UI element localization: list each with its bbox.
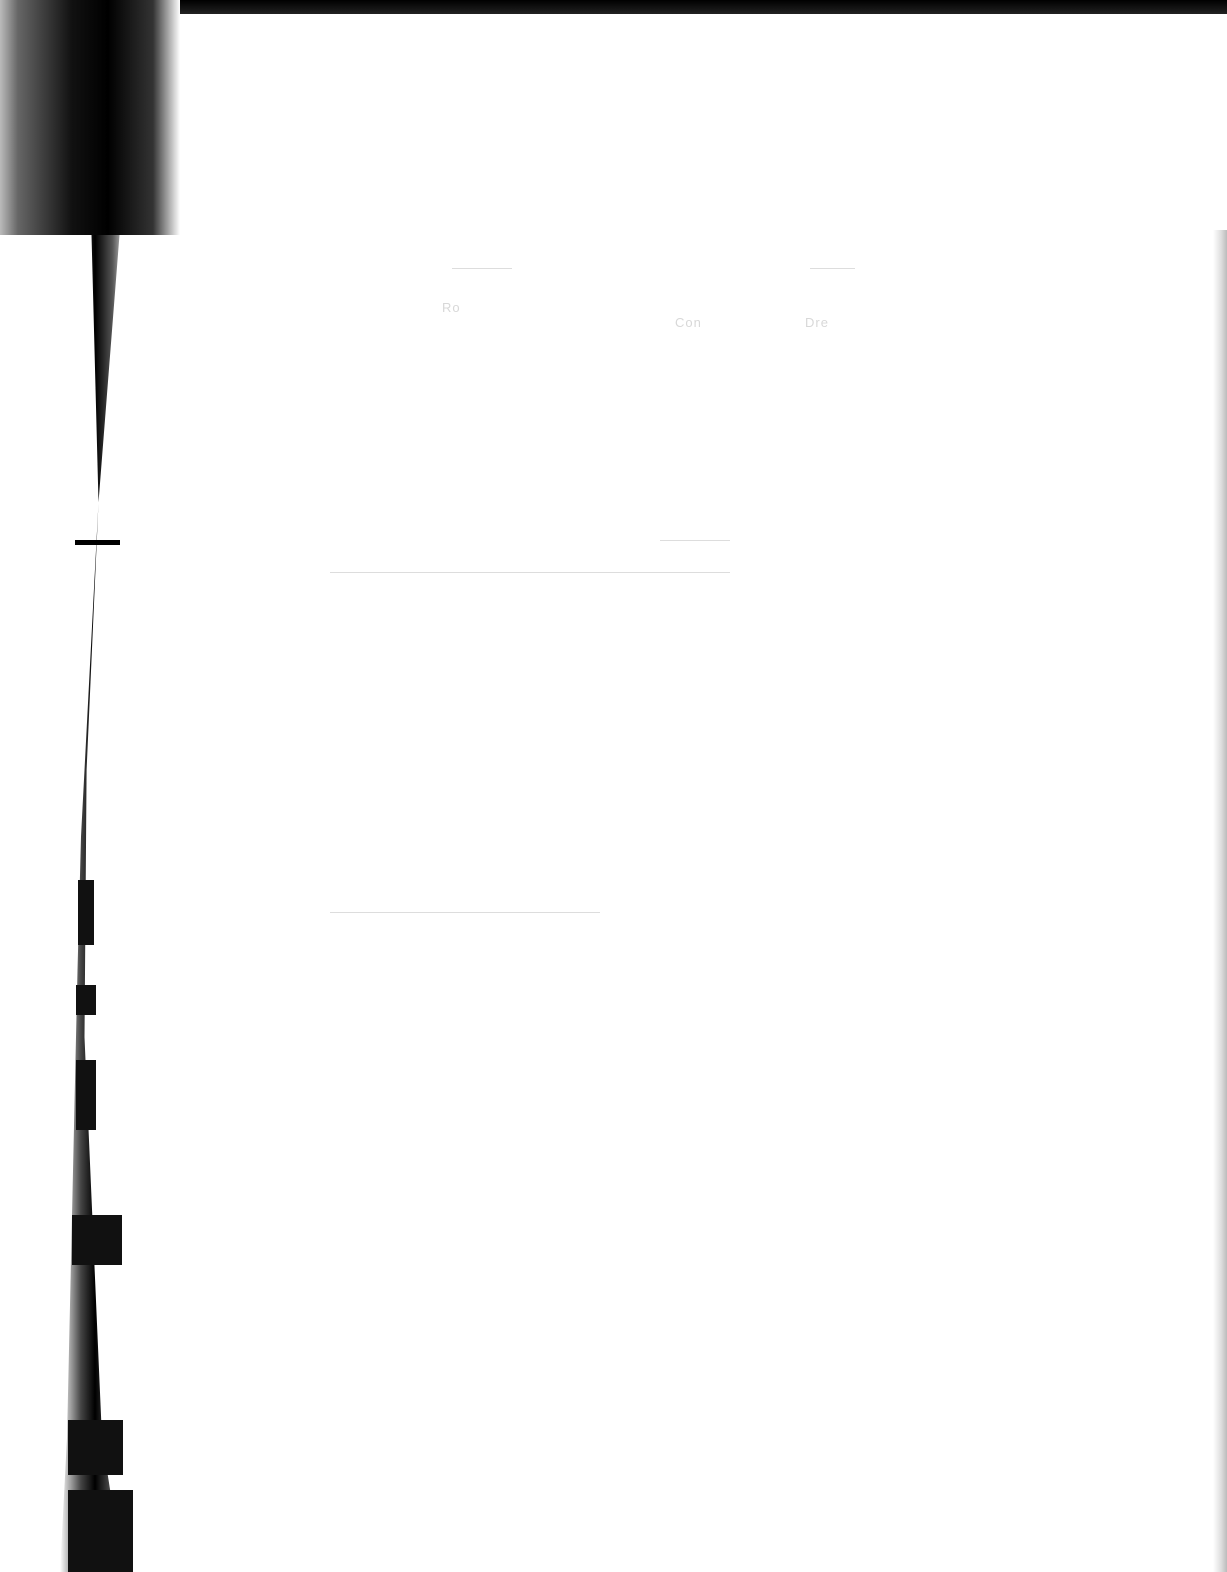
table-rule	[330, 912, 600, 913]
gutter-mark	[72, 1215, 122, 1265]
header-fragment: Ro	[442, 300, 461, 315]
gutter-mark	[68, 1490, 133, 1572]
table-rule	[810, 268, 855, 269]
table-rule	[330, 572, 730, 573]
scan-top-edge	[0, 0, 1227, 14]
table-rule	[660, 540, 730, 541]
gutter-mark	[76, 1060, 96, 1130]
header-fragment: Con	[675, 315, 702, 330]
gutter-mark	[78, 880, 94, 945]
gutter-mark	[68, 1420, 123, 1475]
header-fragment: Dre	[805, 315, 829, 330]
page-right-edge	[1213, 230, 1227, 1572]
book-gutter	[60, 235, 130, 1572]
book-binding-shadow	[0, 0, 180, 235]
gutter-mark	[76, 985, 96, 1015]
table-rule	[452, 268, 512, 269]
gutter-mark	[75, 540, 120, 545]
